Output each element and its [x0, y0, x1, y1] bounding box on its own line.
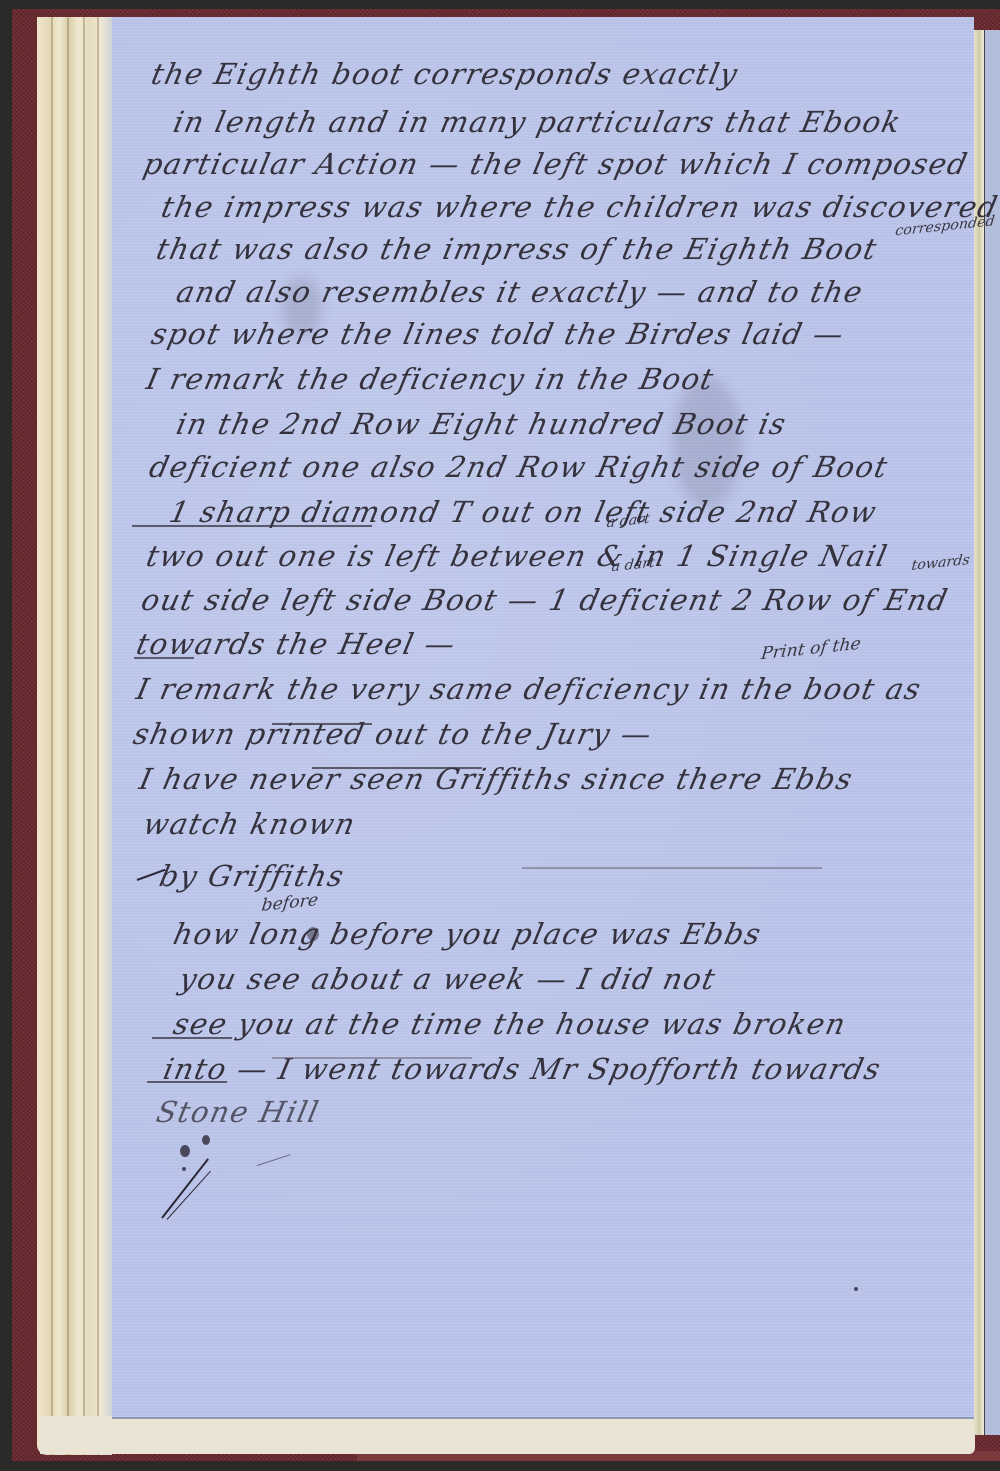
interlinear-note: towards	[911, 552, 971, 574]
manuscript-line: 1 sharp diamond T out on left side 2nd R…	[166, 495, 880, 529]
manuscript-line: out side left side Boot — 1 deficient 2 …	[138, 583, 951, 617]
manuscript-line: the Eighth boot corresponds exactly	[148, 57, 741, 91]
manuscript-line: that was also the impress of the Eighth …	[153, 232, 880, 266]
manuscript-line: into — I went towards Mr Spofforth towar…	[160, 1052, 884, 1086]
manuscript-line: you see about a week — I did not	[176, 962, 719, 996]
manuscript-line: by Griffiths	[156, 859, 348, 893]
manuscript-line: I have never seen Griffiths since there …	[136, 762, 856, 796]
interlinear-note: Print of the	[760, 634, 862, 664]
manuscript-line: and also resembles it exactly — and to t…	[173, 275, 866, 309]
manuscript-line: how long before you place was Ebbs	[170, 917, 765, 951]
manuscript-line: particular Action — the left spot which …	[140, 147, 971, 181]
manuscript-line: the impress was where the children was d…	[158, 190, 1000, 224]
manuscript-line: towards the Heel —	[133, 627, 459, 661]
manuscript-line: Stone Hill	[153, 1095, 322, 1129]
page-right-edge	[974, 30, 984, 1435]
manuscript-line: shown printed out to the Jury —	[130, 717, 655, 751]
page-edges-stack	[37, 17, 112, 1455]
manuscript-line: spot where the lines told the Birdes lai…	[148, 317, 847, 351]
manuscript-line: in length and in many particulars that E…	[170, 105, 904, 139]
manuscript-line: I remark the very same deficiency in the…	[133, 672, 924, 706]
adjacent-page-edge	[984, 30, 1000, 1435]
manuscript-line: I remark the deficiency in the Boot	[143, 362, 717, 396]
manuscript-page: the Eighth boot corresponds exactly in l…	[112, 17, 974, 1419]
page-bottom-edge	[40, 1416, 975, 1454]
manuscript-line: in the 2nd Row Eight hundred Boot is	[173, 407, 790, 441]
manuscript-line: see you at the time the house was broken	[170, 1007, 849, 1041]
manuscript-line: two out one is left between & in 1 Singl…	[143, 539, 891, 573]
manuscript-line: watch known	[140, 807, 359, 841]
interlinear-note: before	[260, 890, 319, 916]
manuscript-line: deficient one also 2nd Row Right side of…	[146, 450, 891, 484]
